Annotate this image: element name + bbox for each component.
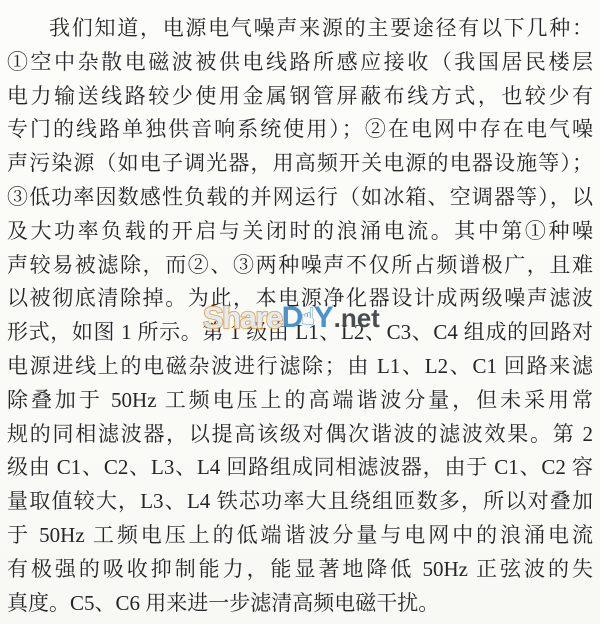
text-line: 于 50Hz 工频电压上的低端谐波分量与电网中的浪涌电流 xyxy=(7,519,593,553)
text-line: 除叠加于 50Hz 工频电压上的高端谐波分量，但未采用常 xyxy=(7,384,593,418)
text-line: 以被彻底清除掉。为此，本电源净化器设计成两级噪声滤波 xyxy=(7,282,593,316)
text-line: 声较易被滤除，而②、③两种噪声不仅所占频谱极广，且难 xyxy=(7,249,593,283)
text-line: 有极强的吸收抑制能力，能显著地降低 50Hz 正弦波的失 xyxy=(7,553,593,587)
text-line: 声污染源（如电子调光器，用高频开关电源的电器设施等）； xyxy=(7,147,593,181)
scanned-document-page: 我们知道，电源电气噪声来源的主要途径有以下几种： ①空中杂散电磁波被供电线路所感… xyxy=(0,0,600,624)
text-line: 级由 C1、C2、L3、L4 回路组成同相滤波器，由于 C1、C2 容 xyxy=(7,451,593,485)
text-line: 形式，如图 1 所示。第 1 级由 L1、L2、C3、C4 组成的回路对 xyxy=(7,316,593,350)
text-line: 专门的线路单独供音响系统使用）；②在电网中存在电气噪 xyxy=(7,113,593,147)
text-line: 电力输送线路较少使用金属钢管屏蔽布线方式，也较少有 xyxy=(7,80,593,114)
text-line: 量取值较大，L3、L4 铁芯功率大且绕组匝数多，所以对叠加 xyxy=(7,485,593,519)
text-line: 规的同相滤波器，以提高该级对偶次谐波的滤波效果。第 2 xyxy=(7,418,593,452)
text-line: 真度。C5、C6 用来进一步滤清高频电磁干扰。 xyxy=(7,587,593,621)
text-line: 电源进线上的电磁杂波进行滤除；由 L1、L2、C1 回路来滤 xyxy=(7,350,593,384)
text-line: ③低功率因数感性负载的并网运行（如冰箱、空调器等），以 xyxy=(7,181,593,215)
text-line: ①空中杂散电磁波被供电线路所感应接收（我国居民楼层 xyxy=(7,46,593,80)
text-line: 及大功率负载的开启与关闭时的浪涌电流。其中第①种噪 xyxy=(7,215,593,249)
article-text-block: 我们知道，电源电气噪声来源的主要途径有以下几种： ①空中杂散电磁波被供电线路所感… xyxy=(7,12,593,620)
text-line: 我们知道，电源电气噪声来源的主要途径有以下几种： xyxy=(7,12,593,46)
